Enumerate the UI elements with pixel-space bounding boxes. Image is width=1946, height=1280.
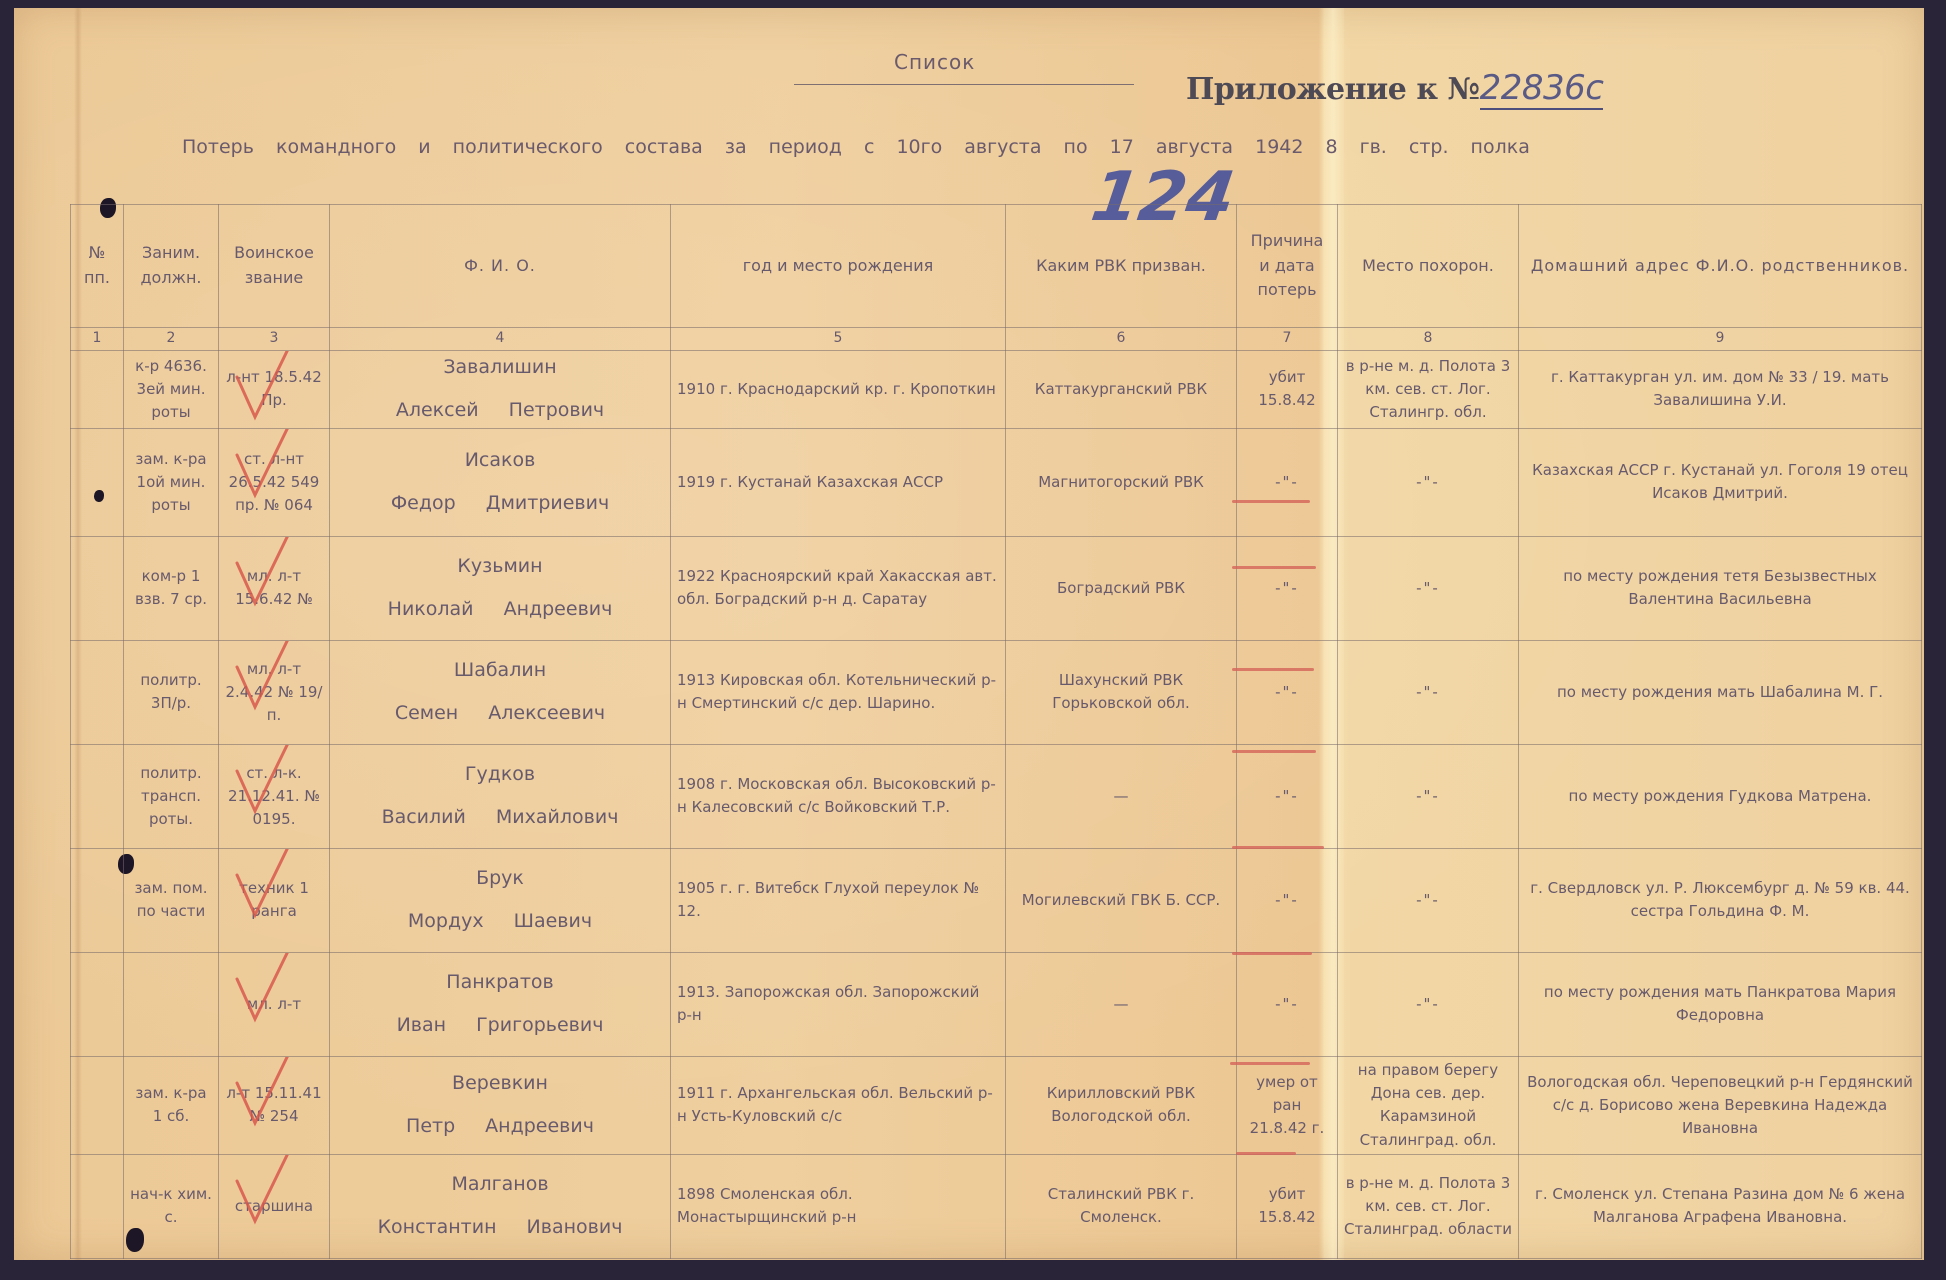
birth-cell: 1913. Запорожская обл. Запорожский р-н <box>671 952 1006 1056</box>
first-patronymic: Мордух Шаевич <box>336 907 664 936</box>
table-row: нач-к хим. с. старшина Малганов Констант… <box>71 1154 1922 1258</box>
rank-cell: старшина <box>219 1154 330 1258</box>
red-pencil-underline <box>1232 952 1312 955</box>
burial-cell: на правом берегу Дона сев. дер. Карамзин… <box>1338 1056 1519 1154</box>
position-cell: политр. трансп. роты. <box>124 744 219 848</box>
red-pencil-underline <box>1230 1062 1310 1065</box>
header-row: № пп. Заним. должн. Воинское звание Ф. И… <box>71 205 1922 328</box>
position-cell: политр. 3П/р. <box>124 640 219 744</box>
first-patronymic: Константин Иванович <box>336 1213 664 1242</box>
table-row: политр. 3П/р. мл. л-т 2.4.42 № 19/п. Шаб… <box>71 640 1922 744</box>
name-cell: Кузьмин Николай Андреевич <box>330 536 671 640</box>
stamp-number: 22836с <box>1480 68 1604 110</box>
rank-text: мл. л-т 2.4.42 № 19/п. <box>226 660 323 725</box>
header-cell: Воинское звание <box>219 205 330 328</box>
cause-cell: убит 15.8.42 <box>1237 1154 1338 1258</box>
position-cell: к-р 4636. 3ей мин. роты <box>124 351 219 429</box>
column-number: 9 <box>1519 328 1922 351</box>
position-cell: зам. к-ра 1 сб. <box>124 1056 219 1154</box>
birth-cell: 1919 г. Кустанай Казахская АССР <box>671 428 1006 536</box>
column-number: 1 <box>71 328 124 351</box>
rank-text: мл. л-т 15.6.42 № <box>235 567 313 608</box>
rvk-cell: Магнитогорский РВК <box>1006 428 1237 536</box>
burial-cell: -"- <box>1338 428 1519 536</box>
birth-cell: 1908 г. Московская обл. Высоковский р-н … <box>671 744 1006 848</box>
burial-cell: -"- <box>1338 848 1519 952</box>
document-title: Список <box>894 50 975 74</box>
last-name: Панкратов <box>336 968 664 997</box>
column-number: 8 <box>1338 328 1519 351</box>
name-cell: Брук Мордух Шаевич <box>330 848 671 952</box>
rank-cell: мл. л-т 2.4.42 № 19/п. <box>219 640 330 744</box>
name-cell: Исаков Федор Дмитриевич <box>330 428 671 536</box>
red-check-mark-icon <box>229 351 299 428</box>
rank-cell: ст. л-к. 21.12.41. № 0195. <box>219 744 330 848</box>
birth-cell: 1910 г. Краснодарский кр. г. Кропоткин <box>671 351 1006 429</box>
column-number: 3 <box>219 328 330 351</box>
red-check-mark-icon <box>229 1154 299 1231</box>
position-cell: нач-к хим. с. <box>124 1154 219 1258</box>
address-cell: Вологодская обл. Череповецкий р-н Гердян… <box>1519 1056 1922 1154</box>
address-cell: г. Каттакурган ул. им. дом № 33 / 19. ма… <box>1519 351 1922 429</box>
address-cell: по месту рождения Гудкова Матрена. <box>1519 744 1922 848</box>
header-cell: Место похорон. <box>1338 205 1519 328</box>
red-pencil-underline <box>1232 566 1316 569</box>
name-cell: Малганов Константин Иванович <box>330 1154 671 1258</box>
table-row: мл. л-т Панкратов Иван Григорьевич 1913.… <box>71 952 1922 1056</box>
first-patronymic: Алексей Петрович <box>336 396 664 425</box>
column-number: 4 <box>330 328 671 351</box>
rvk-cell: Каттакурганский РВК <box>1006 351 1237 429</box>
red-pencil-underline <box>1232 500 1310 503</box>
last-name: Гудков <box>336 760 664 789</box>
first-patronymic: Иван Григорьевич <box>336 1011 664 1040</box>
first-patronymic: Семен Алексеевич <box>336 699 664 728</box>
row-number <box>71 428 124 536</box>
burial-cell: -"- <box>1338 744 1519 848</box>
stamp-label: Приложение к № <box>1186 72 1480 107</box>
address-cell: по месту рождения мать Панкратова Мария … <box>1519 952 1922 1056</box>
header-cell: Причина и дата потерь <box>1237 205 1338 328</box>
address-cell: г. Свердловск ул. Р. Люксембург д. № 59 … <box>1519 848 1922 952</box>
document-page: Список Приложение к №22836с Потерь коман… <box>14 8 1924 1260</box>
address-cell: Казахская АССР г. Кустанай ул. Гоголя 19… <box>1519 428 1922 536</box>
first-patronymic: Федор Дмитриевич <box>336 489 664 518</box>
position-cell: зам. пом. по части <box>124 848 219 952</box>
last-name: Малганов <box>336 1170 664 1199</box>
table-row: зам. пом. по части техник 1 ранга Брук М… <box>71 848 1922 952</box>
name-cell: Веревкин Петр Андреевич <box>330 1056 671 1154</box>
column-number-row: 1 2 3 4 5 6 7 8 9 <box>71 328 1922 351</box>
red-check-mark-icon <box>229 952 299 1029</box>
first-patronymic: Петр Андреевич <box>336 1112 664 1141</box>
row-number <box>71 848 124 952</box>
last-name: Шабалин <box>336 656 664 685</box>
table-row: политр. трансп. роты. ст. л-к. 21.12.41.… <box>71 744 1922 848</box>
row-number <box>71 536 124 640</box>
header-cell: Ф. И. О. <box>330 205 671 328</box>
cause-cell: убит 15.8.42 <box>1237 351 1338 429</box>
rvk-cell: Могилевский ГВК Б. ССР. <box>1006 848 1237 952</box>
column-number: 2 <box>124 328 219 351</box>
burial-cell: -"- <box>1338 640 1519 744</box>
table-row: зам. к-ра 1ой мин. роты ст. л-нт 26.5.42… <box>71 428 1922 536</box>
row-number <box>71 1056 124 1154</box>
name-cell: Гудков Василий Михайлович <box>330 744 671 848</box>
last-name: Исаков <box>336 446 664 475</box>
first-patronymic: Василий Михайлович <box>336 803 664 832</box>
cause-cell: -"- <box>1237 952 1338 1056</box>
last-name: Кузьмин <box>336 552 664 581</box>
title-underline <box>794 84 1134 85</box>
header-cell: Каким РВК призван. <box>1006 205 1237 328</box>
header-cell: Заним. должн. <box>124 205 219 328</box>
position-cell <box>124 952 219 1056</box>
row-number <box>71 744 124 848</box>
cause-cell: -"- <box>1237 640 1338 744</box>
rvk-cell: Кирилловский РВК Вологодской обл. <box>1006 1056 1237 1154</box>
name-cell: Завалишин Алексей Петрович <box>330 351 671 429</box>
header-cell: № пп. <box>71 205 124 328</box>
rank-text: л-т 15.11.41 № 254 <box>226 1084 321 1125</box>
rank-text: техник 1 ранга <box>239 879 309 920</box>
rank-text: л-нт 18.5.42 Пр. <box>226 368 322 409</box>
rank-cell: мл. л-т 15.6.42 № <box>219 536 330 640</box>
row-number <box>71 952 124 1056</box>
table-row: зам. к-ра 1 сб. л-т 15.11.41 № 254 Верев… <box>71 1056 1922 1154</box>
rank-cell: мл. л-т <box>219 952 330 1056</box>
last-name: Брук <box>336 864 664 893</box>
rank-cell: л-нт 18.5.42 Пр. <box>219 351 330 429</box>
column-number: 6 <box>1006 328 1237 351</box>
rank-text: старшина <box>235 1197 313 1215</box>
red-pencil-underline <box>1232 846 1324 849</box>
cause-cell: -"- <box>1237 536 1338 640</box>
row-number <box>71 1154 124 1258</box>
burial-cell: в р-не м. д. Полота 3 км. сев. ст. Лог. … <box>1338 351 1519 429</box>
name-cell: Шабалин Семен Алексеевич <box>330 640 671 744</box>
appendix-stamp: Приложение к №22836с <box>1186 68 1603 108</box>
position-cell: ком-р 1 взв. 7 ср. <box>124 536 219 640</box>
rank-text: ст. л-нт 26.5.42 549 пр. № 064 <box>229 450 320 515</box>
losses-table: № пп. Заним. должн. Воинское звание Ф. И… <box>70 204 1922 1259</box>
birth-cell: 1911 г. Архангельская обл. Вельский р-н … <box>671 1056 1006 1154</box>
address-cell: г. Смоленск ул. Степана Разина дом № 6 ж… <box>1519 1154 1922 1258</box>
red-pencil-underline <box>1236 1152 1296 1155</box>
first-patronymic: Николай Андреевич <box>336 595 664 624</box>
rank-text: мл. л-т <box>247 995 301 1013</box>
cause-cell: -"- <box>1237 428 1338 536</box>
column-number: 5 <box>671 328 1006 351</box>
rvk-cell: Боградский РВК <box>1006 536 1237 640</box>
birth-cell: 1898 Смоленская обл. Монастырщинский р-н <box>671 1154 1006 1258</box>
rvk-cell: — <box>1006 744 1237 848</box>
name-cell: Панкратов Иван Григорьевич <box>330 952 671 1056</box>
last-name: Веревкин <box>336 1069 664 1098</box>
birth-cell: 1913 Кировская обл. Котельнический р-н С… <box>671 640 1006 744</box>
table-row: к-р 4636. 3ей мин. роты л-нт 18.5.42 Пр.… <box>71 351 1922 429</box>
birth-cell: 1922 Красноярский край Хакасская авт. об… <box>671 536 1006 640</box>
row-number <box>71 351 124 429</box>
red-pencil-underline <box>1232 668 1314 671</box>
header-cell: год и место рождения <box>671 205 1006 328</box>
burial-cell: -"- <box>1338 536 1519 640</box>
last-name: Завалишин <box>336 353 664 382</box>
row-number <box>71 640 124 744</box>
birth-cell: 1905 г. г. Витебск Глухой переулок № 12. <box>671 848 1006 952</box>
position-cell: зам. к-ра 1ой мин. роты <box>124 428 219 536</box>
header-cell: Домашний адрес Ф.И.О. родственников. <box>1519 205 1922 328</box>
red-pencil-underline <box>1232 750 1316 753</box>
column-number: 7 <box>1237 328 1338 351</box>
cause-cell: -"- <box>1237 744 1338 848</box>
document-subtitle: Потерь командного и политического состав… <box>182 136 1530 158</box>
rvk-cell: — <box>1006 952 1237 1056</box>
address-cell: по месту рождения мать Шабалина М. Г. <box>1519 640 1922 744</box>
red-check-mark-icon <box>229 640 299 717</box>
rank-cell: ст. л-нт 26.5.42 549 пр. № 064 <box>219 428 330 536</box>
rvk-cell: Шахунский РВК Горьковской обл. <box>1006 640 1237 744</box>
rank-text: ст. л-к. 21.12.41. № 0195. <box>228 764 320 829</box>
cause-cell: умер от ран 21.8.42 г. <box>1237 1056 1338 1154</box>
rank-cell: л-т 15.11.41 № 254 <box>219 1056 330 1154</box>
burial-cell: -"- <box>1338 952 1519 1056</box>
burial-cell: в р-не м. д. Полота 3 км. сев. ст. Лог. … <box>1338 1154 1519 1258</box>
cause-cell: -"- <box>1237 848 1338 952</box>
address-cell: по месту рождения тетя Безызвестных Вале… <box>1519 536 1922 640</box>
rank-cell: техник 1 ранга <box>219 848 330 952</box>
table-row: ком-р 1 взв. 7 ср. мл. л-т 15.6.42 № Куз… <box>71 536 1922 640</box>
rvk-cell: Сталинский РВК г. Смоленск. <box>1006 1154 1237 1258</box>
